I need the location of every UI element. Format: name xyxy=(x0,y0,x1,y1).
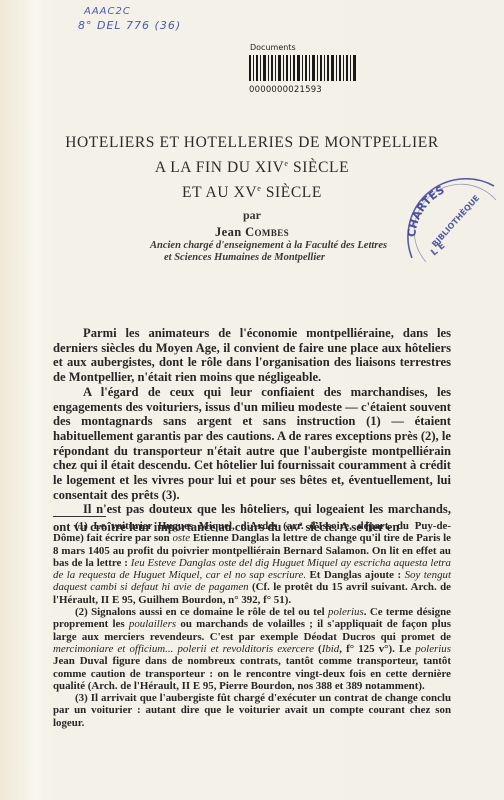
fn2-italic-e: polerius xyxy=(415,643,451,655)
footnotes: (1) Le voiturier Hugues Miquel, d'Ardes … xyxy=(53,520,451,729)
title-line-2-tail: SIÈCLE xyxy=(289,159,350,176)
barcode-label: Documents 0000000021593 xyxy=(246,40,358,98)
call-number-line-2: 8° DEL 776 (36) xyxy=(78,19,181,32)
body-paragraph-1: Parmi les animateurs de l'économie montp… xyxy=(53,326,451,385)
fn2-text-e: , f° 125 v°). Le xyxy=(339,643,415,655)
fn1-italic-a: oste xyxy=(172,532,190,544)
fn2-italic-a: polerius xyxy=(328,606,364,618)
fn2-italic-b: poulaillers xyxy=(129,618,176,630)
footnote-separator xyxy=(53,516,106,517)
handwritten-call-number: AAAC2C 8° DEL 776 (36) xyxy=(78,6,181,32)
fn2-text-d: ( xyxy=(314,643,322,655)
author-affiliation: Ancien chargé d'enseignement à la Facult… xyxy=(150,240,412,264)
fn1-text-c: Et Danglas ajoute : xyxy=(306,569,405,581)
library-stamp-icon: CHARTES BIBLIOTHÈQUE L E xyxy=(404,178,504,268)
footnote-3: (3) Il arrivait que l'aubergiste fût cha… xyxy=(53,692,451,729)
article-body: Parmi les animateurs de l'économie montp… xyxy=(53,326,451,536)
barcode-icon xyxy=(249,55,357,81)
barcode-number: 0000000021593 xyxy=(249,85,322,95)
page-fold-shadow xyxy=(28,0,44,800)
call-number-line-1: AAAC2C xyxy=(84,6,181,17)
author-last-name: Combes xyxy=(245,225,289,239)
title-line-3-tail: SIÈCLE xyxy=(261,184,322,201)
fn2-italic-c: mercimoniare et officium... polerii et r… xyxy=(53,643,314,655)
title-line-3-text: ET AU XV xyxy=(182,184,257,201)
title-line-2: A LA FIN DU XIVe SIÈCLE xyxy=(0,153,504,178)
title-line-1: HOTELIERS ET HOTELLERIES DE MONTPELLIER xyxy=(0,132,504,153)
title-line-2-text: A LA FIN DU XIV xyxy=(155,159,285,176)
footnote-2: (2) Signalons aussi en ce domaine le rôl… xyxy=(53,606,451,692)
scanned-page: AAAC2C 8° DEL 776 (36) Documents 0000000… xyxy=(0,0,504,800)
barcode-title: Documents xyxy=(250,43,296,52)
fn2-italic-d: Ibid xyxy=(322,643,340,655)
footnote-1: (1) Le voiturier Hugues Miquel, d'Ardes … xyxy=(53,520,451,606)
fn2-text-a: (2) Signalons aussi en ce domaine le rôl… xyxy=(75,606,328,618)
fn2-text-f: Jean Duval figure dans de nombreux contr… xyxy=(53,655,451,692)
svg-text:CHARTES: CHARTES xyxy=(405,183,446,237)
affiliation-line-1: Ancien chargé d'enseignement à la Facult… xyxy=(150,240,412,252)
body-paragraph-2: A l'égard de ceux qui leur confiaient de… xyxy=(53,385,451,503)
affiliation-line-2: et Sciences Humaines de Montpellier xyxy=(150,252,412,264)
author-first-name: Jean xyxy=(215,225,245,239)
